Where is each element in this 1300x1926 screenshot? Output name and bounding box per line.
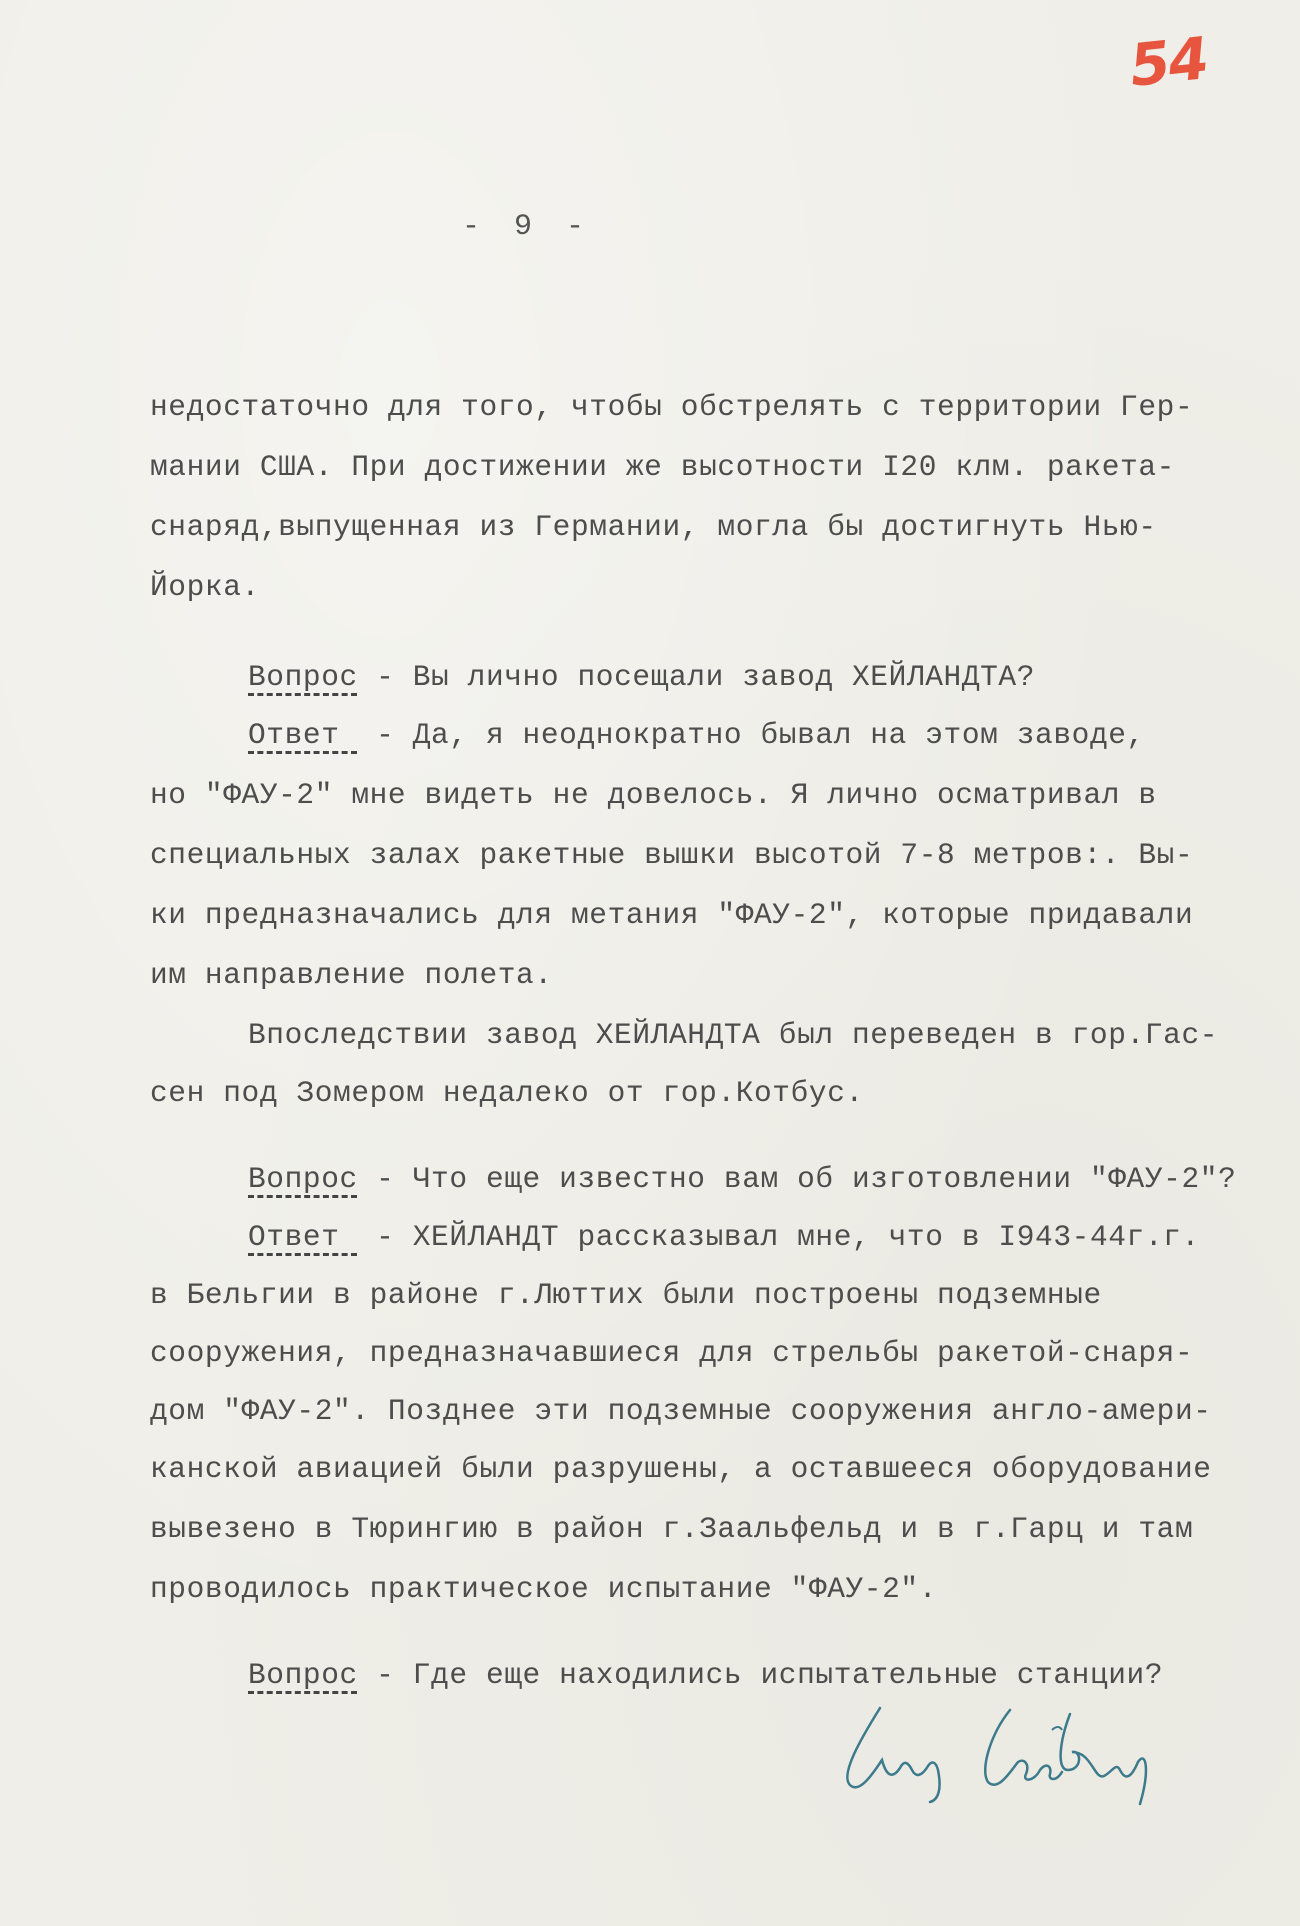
text-line: мании США. При достижении же высотности … (150, 450, 1175, 484)
text-line: сооружения, предназначавшиеся для стрель… (150, 1336, 1193, 1370)
text-line: дом "ФАУ-2". Позднее эти подземные соору… (150, 1394, 1212, 1428)
page-number: - 9 - (462, 210, 592, 244)
answer-label: Ответ (248, 718, 358, 752)
document-page: 54 - 9 - недостаточно для того, чтобы об… (0, 0, 1300, 1926)
question-label: Вопрос (248, 1162, 358, 1196)
text-line: снаряд,выпущенная из Германии, могла бы … (150, 510, 1157, 544)
text-line: Впоследствии завод ХЕЙЛАНДТА был перевед… (248, 1018, 1218, 1052)
question-line: Вопрос - Где еще находились испытательны… (248, 1658, 1163, 1692)
text-line: специальных залах ракетные вышки высотой… (150, 838, 1193, 872)
text-line: вывезено в Тюрингию в район г.Заальфельд… (150, 1512, 1193, 1546)
text-line: ки предназначались для метания "ФАУ-2", … (150, 898, 1193, 932)
answer-line: Ответ - ХЕЙЛАНДТ рассказывал мне, что в … (248, 1220, 1200, 1254)
archive-page-number: 54 (1127, 24, 1210, 100)
text-line: Йорка. (150, 570, 260, 604)
text-line: им направление полета. (150, 958, 553, 992)
signature (820, 1700, 1200, 1810)
text-line: канской авиацией были разрушены, а остав… (150, 1452, 1212, 1486)
text-line: но "ФАУ-2" мне видеть не довелось. Я лич… (150, 778, 1157, 812)
answer-label: Ответ (248, 1220, 358, 1254)
question-line: Вопрос - Вы лично посещали завод ХЕЙЛАНД… (248, 660, 1035, 694)
question-label: Вопрос (248, 660, 358, 694)
text-line: недостаточно для того, чтобы обстрелять … (150, 390, 1193, 424)
question-line: Вопрос - Что еще известно вам об изготов… (248, 1162, 1236, 1196)
text-line: проводилось практическое испытание "ФАУ-… (150, 1572, 937, 1606)
answer-line: Ответ - Да, я неоднократно бывал на этом… (248, 718, 1145, 752)
question-label: Вопрос (248, 1658, 358, 1692)
text-line: сен под Зомером недалеко от гор.Котбус. (150, 1076, 864, 1110)
text-line: в Бельгии в районе г.Люттих были построе… (150, 1278, 1102, 1312)
